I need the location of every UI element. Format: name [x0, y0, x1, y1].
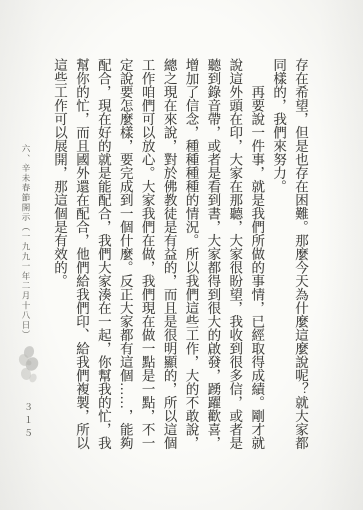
- text-column: 說這外頭在印，大家在那聽，大家很盼望，我收到很多信，或者是: [223, 58, 245, 452]
- text-column: 聽到錄音帶，或者是看到書，大家都得到很大的啟發，踴躍歡喜，: [201, 58, 223, 452]
- page-number: ３１５: [22, 402, 35, 441]
- body-text: 存在希望，但是也存在困難。那麼今天為什麼這麼說呢？就大家都 同樣的，我們來努力。…: [48, 58, 311, 452]
- text-column: 定說要怎麼樣，要完成到一個什麼。反正大家都有這個……，能夠: [114, 58, 136, 452]
- book-page: 存在希望，但是也存在困難。那麼今天為什麼這麼說呢？就大家都 同樣的，我們來努力。…: [0, 0, 363, 510]
- text-column: 總之現在來說，對於佛教徒是有益的，而且是很明顯的，所以這個: [158, 58, 180, 452]
- text-column: 再要說一件事，就是我們所做的事情，已經取得成績。剛才就: [245, 58, 267, 452]
- text-column: 幫你的忙，而且國外還在配合，他們給我們印、給我們複製，所以: [70, 58, 92, 452]
- text-column: 工作咱們可以放心。大家我們在做，我們現在做一點是一點，不一: [136, 58, 158, 452]
- chapter-running-title: 六、辛未春節開示（一九九一年二月十八日）: [20, 144, 32, 359]
- text-column: 這些工作可以展開，那這個是有效的。: [48, 58, 70, 452]
- text-column: 配合，現在好的就是能配合，我們大家湊在一起，你幫我的忙，我: [92, 58, 114, 452]
- text-column: 存在希望，但是也存在困難。那麼今天為什麼這麼說呢？就大家都: [289, 58, 311, 452]
- text-column: 增加了信念，種種種種的情況。所以我們這些工作，大的不敢說，: [180, 58, 202, 452]
- text-column: 同樣的，我們來努力。: [267, 58, 289, 452]
- ink-stamp-flower-icon: [16, 344, 42, 386]
